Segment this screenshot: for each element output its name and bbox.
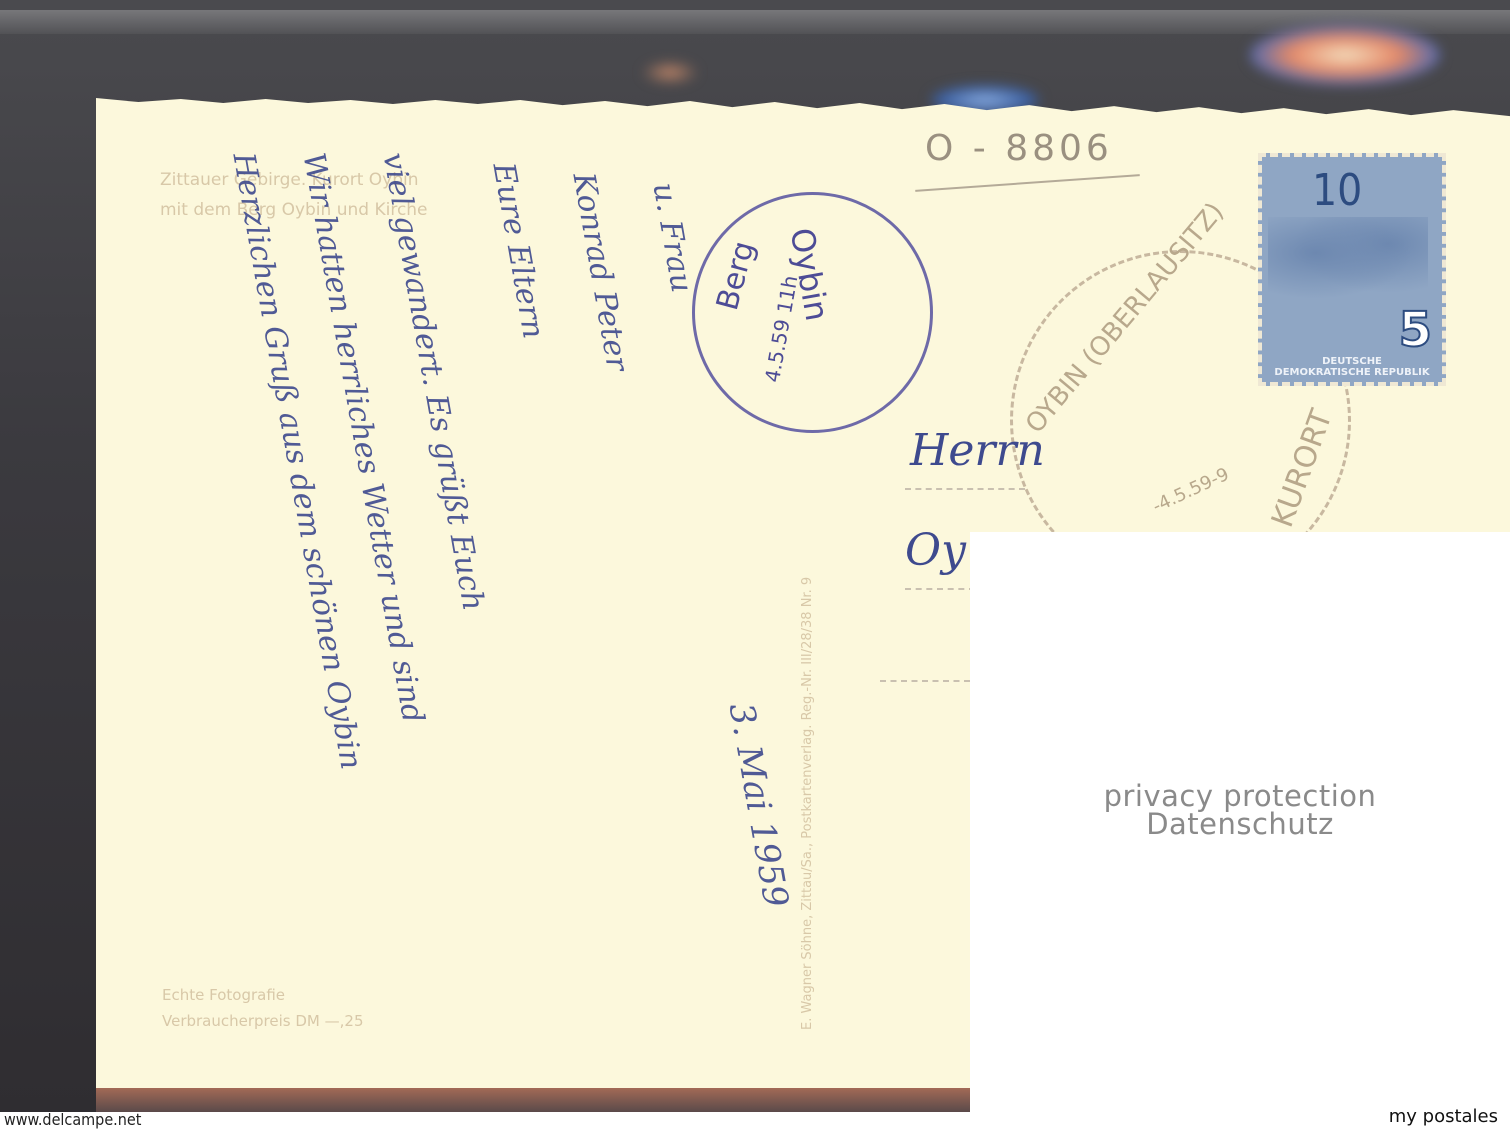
address-line — [905, 588, 975, 590]
stamp-denomination: 10 — [1312, 165, 1362, 216]
stamp-plan-number: 5 — [1399, 302, 1432, 358]
light-glare — [640, 60, 700, 85]
stamp-country: DEUTSCHE DEMOKRATISCHE REPUBLIK — [1262, 356, 1442, 378]
postcard-footer-line2: Verbraucherpreis DM —,25 — [162, 1012, 363, 1030]
watermark-left: www.delcampe.net — [4, 1110, 141, 1129]
address-line — [880, 680, 970, 682]
privacy-notice: privacy protection Datenschutz — [1080, 782, 1400, 838]
postcard-footer-line1: Echte Fotografie — [162, 986, 285, 1004]
address-line — [905, 488, 1025, 490]
postcard-edge — [96, 1088, 970, 1112]
stamp-country-line2: DEMOKRATISCHE REPUBLIK — [1262, 367, 1442, 378]
address-city: Oy — [905, 525, 966, 576]
publisher-imprint: E. Wagner Söhne, Zittau/Sa., Postkartenv… — [800, 577, 815, 1030]
privacy-line2: Datenschutz — [1080, 810, 1400, 838]
stamp-country-line1: DEUTSCHE — [1262, 356, 1442, 367]
address-recipient: Herrn — [910, 425, 1045, 476]
plastic-sleeve-sheen — [0, 10, 1510, 34]
postage-stamp: 10 5 DEUTSCHE DEMOKRATISCHE REPUBLIK — [1258, 153, 1446, 386]
pencil-postcode-note: O - 8806 — [925, 128, 1113, 169]
stamp-figures-illustration — [1268, 217, 1428, 307]
watermark-right: my postales — [1389, 1106, 1498, 1127]
privacy-line1: privacy protection — [1080, 782, 1400, 810]
light-glare — [1250, 25, 1440, 85]
